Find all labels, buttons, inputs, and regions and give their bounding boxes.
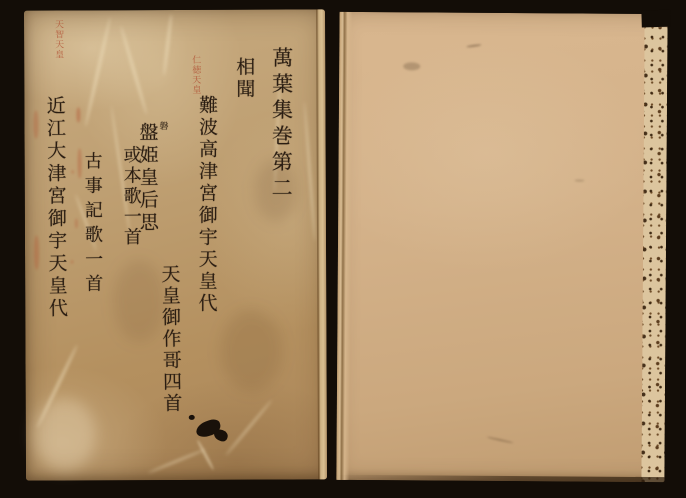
paper-stain <box>220 310 282 392</box>
red-gloss-nintoku-tenno: 仁徳天皇 <box>190 55 199 95</box>
paper-smudge <box>466 44 481 48</box>
page-corner-notch <box>641 10 670 28</box>
red-collation-mark <box>76 107 80 122</box>
worn-patch <box>34 398 96 470</box>
small-gloss-iwa-variant: 磐 <box>157 121 166 130</box>
paper-crease <box>148 448 206 473</box>
heading-naniwa-takatsu-palace: 難波高津宮御宇天皇代 <box>197 95 217 315</box>
paper-smudge <box>574 180 584 182</box>
red-collation-mark <box>78 148 82 178</box>
heading-emperor-composed-four-poems: 天皇御作哥四首 <box>159 264 180 415</box>
red-collation-mark <box>33 111 38 139</box>
red-reading-dot <box>71 260 73 263</box>
paper-crease <box>225 399 273 456</box>
right-page-gutter-edge <box>336 12 352 480</box>
photo-backdrop: 萬葉集巻第二 相聞 仁徳天皇 難波高津宮御宇天皇代 磐 盤姫皇后思 天皇御作哥四… <box>0 0 686 498</box>
paper-crease <box>119 26 148 115</box>
ink-blot <box>189 415 195 420</box>
heading-omi-otsu-palace: 近江大津宮御宇天皇代 <box>45 95 67 320</box>
manuscript-right-page <box>336 12 667 482</box>
heading-kojiki-poem: 古事記歌一首 <box>83 151 102 298</box>
speckled-fore-edge <box>641 27 667 482</box>
red-reading-dot <box>72 170 74 173</box>
red-collation-mark <box>75 218 78 228</box>
volume-title-column: 萬葉集巻第二 <box>270 46 292 202</box>
paper-crease <box>303 102 315 242</box>
left-page-fore-edge <box>316 9 327 479</box>
paper-crease <box>84 17 112 127</box>
red-gloss-tenji-tenno: 天智天皇 <box>53 19 62 59</box>
paper-scratch <box>487 436 514 444</box>
heading-variant-book-poem: 或本歌一首 <box>122 145 140 248</box>
ink-blot <box>212 428 229 443</box>
red-collation-mark <box>34 236 39 270</box>
page-stack-shadow <box>336 475 664 482</box>
paper-smudge <box>403 62 420 70</box>
manuscript-left-page: 萬葉集巻第二 相聞 仁徳天皇 難波高津宮御宇天皇代 磐 盤姫皇后思 天皇御作哥四… <box>24 9 327 480</box>
paper-crease <box>162 14 172 76</box>
section-heading-somon: 相聞 <box>234 57 253 101</box>
paper-crease <box>196 439 215 470</box>
